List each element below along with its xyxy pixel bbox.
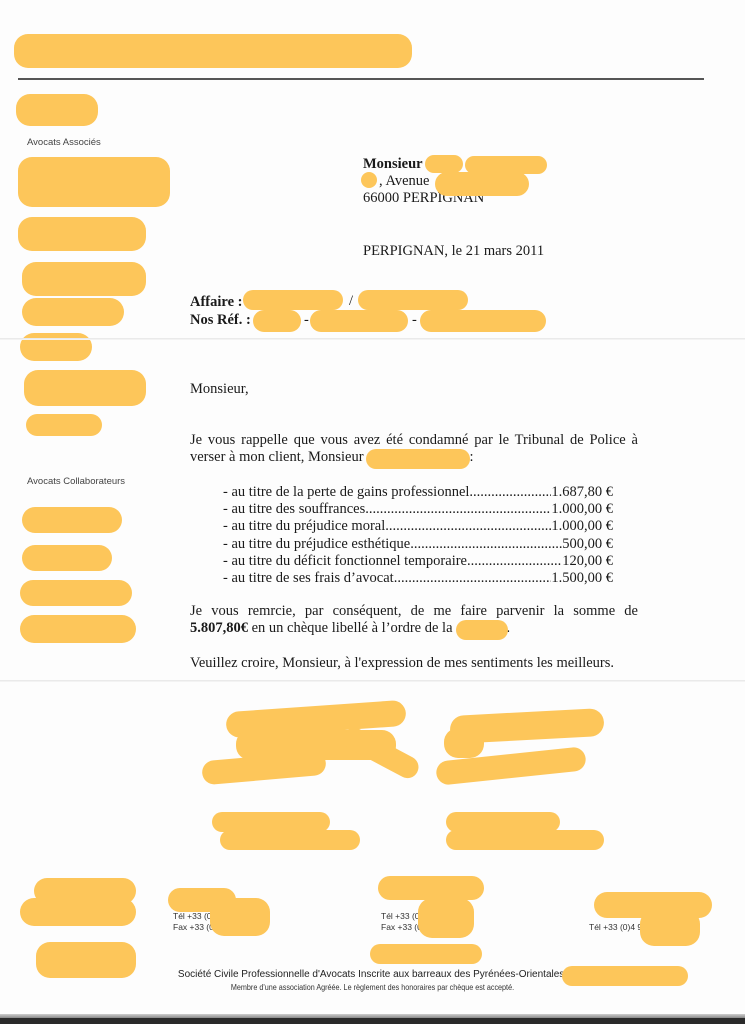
- letter-page: Avocats Associés Avocats Collaborateurs …: [0, 0, 745, 1018]
- request-line-2-text: en un chèque libellé à l’ordre de la: [248, 620, 453, 636]
- affaire-separator: /: [349, 293, 353, 310]
- redaction-associate-1: [18, 157, 170, 207]
- redaction-office-1-numbers: [210, 898, 270, 936]
- damages-item: - au titre de ses frais d’avocat 1.500,0…: [223, 570, 613, 587]
- total-amount: 5.807,80€: [190, 620, 248, 636]
- intro-line-2-prefix: verser à mon client, Monsieur: [190, 449, 364, 465]
- damages-item: - au titre de la perte de gains professi…: [223, 484, 613, 501]
- redaction-payee: [456, 620, 508, 640]
- redaction-firm-logo: [16, 94, 98, 126]
- damages-item: - au titre des souffrances1.000,00 €: [223, 501, 613, 518]
- redaction-street-name: [435, 172, 529, 196]
- redaction-recipient-name: [425, 155, 463, 173]
- header-divider: [18, 78, 704, 80]
- redaction-associate-2: [18, 217, 146, 251]
- redaction-ref-2: [310, 310, 408, 332]
- associates-heading: Avocats Associés: [27, 137, 101, 148]
- redaction-letterhead: [14, 34, 412, 68]
- ref-separator-1: -: [304, 312, 309, 329]
- redaction-ref-3: [420, 310, 546, 332]
- redaction-collaborator-3: [20, 580, 132, 606]
- paper-fold-upper: [0, 338, 745, 340]
- affaire-label: Affaire :: [190, 294, 242, 311]
- redaction-office-2-extra: [370, 944, 482, 964]
- paper-fold-lower: [0, 680, 745, 682]
- damages-item: - au titre du préjudice esthétique 500,0…: [223, 536, 613, 553]
- recipient-title: Monsieur: [363, 156, 423, 172]
- redaction-collaborator-1: [22, 507, 122, 533]
- redaction-associate-4: [22, 298, 124, 326]
- redaction-collaborator-4: [20, 615, 136, 643]
- redaction-signature-2-mid: [444, 728, 484, 758]
- damages-item: - au titre du préjudice moral 1.000,00 €: [223, 518, 613, 535]
- redaction-affaire-2: [358, 290, 468, 310]
- redaction-signature-1-bottom: [201, 751, 327, 786]
- date-line: PERPIGNAN, le 21 mars 2011: [363, 243, 544, 260]
- ref-separator-2: -: [412, 312, 417, 329]
- intro-line-1: Je vous rappelle que vous avez été conda…: [190, 432, 638, 449]
- redaction-street-number: [361, 172, 377, 188]
- redaction-associate-6: [24, 370, 146, 406]
- redaction-signer-1-name: [212, 812, 330, 832]
- request-line-1: Je vous remrcie, par conséquent, de me f…: [190, 603, 638, 620]
- redaction-signer-2-name: [446, 812, 560, 832]
- redaction-office-3-numbers: [640, 910, 700, 946]
- footer-legal-line-2: Membre d'une association Agréée. Le règl…: [37, 983, 708, 992]
- nos-ref-label: Nos Réf. :: [190, 312, 251, 329]
- damages-item: - au titre du déficit fonctionnel tempor…: [223, 553, 613, 570]
- redaction-associate-7: [26, 414, 102, 436]
- redaction-client-name: [366, 449, 470, 469]
- recipient-street: , Avenue: [379, 173, 429, 189]
- office-3-tel: Tél +33 (0)4 99: [589, 922, 647, 933]
- intro-line-2-suffix: :: [470, 449, 474, 465]
- redaction-footer-logo-2: [20, 898, 136, 926]
- closing-line: Veuillez croire, Monsieur, à l'expressio…: [190, 655, 614, 672]
- greeting: Monsieur,: [190, 381, 249, 398]
- redaction-affaire-1: [243, 290, 343, 310]
- damages-list: - au titre de la perte de gains professi…: [223, 484, 613, 587]
- page-bottom-edge: [0, 1014, 745, 1018]
- redaction-office-2-numbers: [418, 898, 474, 938]
- redaction-collaborator-2: [22, 545, 112, 571]
- collaborators-heading: Avocats Collaborateurs: [27, 476, 125, 487]
- redaction-signer-1-title: [220, 830, 360, 850]
- redaction-signer-2-title: [446, 830, 604, 850]
- redaction-office-2-address: [378, 876, 484, 900]
- redaction-associate-3: [22, 262, 146, 296]
- redaction-ref-1: [253, 310, 301, 332]
